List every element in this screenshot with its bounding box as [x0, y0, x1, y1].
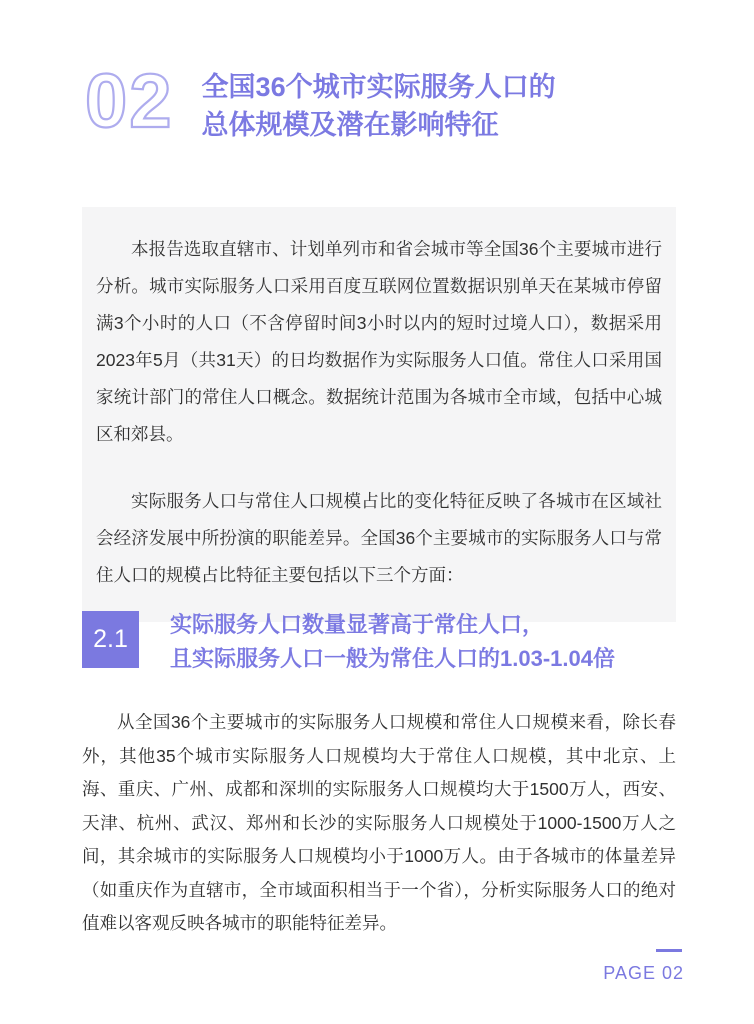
section-body: 从全国36个主要城市的实际服务人口规模和常住人口规模来看，除长春外，其他35个城… [82, 706, 676, 941]
page-number-label: PAGE 02 [603, 963, 684, 984]
chapter-number: 02 [85, 64, 174, 140]
section-title-line1: 实际服务人口数量显著高于常住人口， [170, 608, 615, 642]
chapter-title: 全国36个城市实际服务人口的 总体规模及潜在影响特征 [202, 62, 556, 144]
section-2-1-header: 2.1 实际服务人口数量显著高于常住人口， 且实际服务人口一般为常住人口的1.0… [82, 608, 684, 676]
section-title: 实际服务人口数量显著高于常住人口， 且实际服务人口一般为常住人口的1.03-1.… [170, 608, 615, 676]
chapter-title-line1: 全国36个城市实际服务人口的 [202, 68, 556, 106]
intro-paragraph-1: 本报告选取直辖市、计划单列市和省会城市等全国36个主要城市进行分析。城市实际服务… [96, 231, 662, 453]
section-title-line2: 且实际服务人口一般为常住人口的1.03-1.04倍 [170, 642, 615, 676]
footer-dash-decoration [656, 949, 682, 952]
body-paragraph: 从全国36个主要城市的实际服务人口规模和常住人口规模来看，除长春外，其他35个城… [82, 706, 676, 941]
intro-summary-box: 本报告选取直辖市、计划单列市和省会城市等全国36个主要城市进行分析。城市实际服务… [82, 207, 676, 622]
section-number-badge: 2.1 [82, 611, 139, 668]
chapter-header: 02 全国36个城市实际服务人口的 总体规模及潜在影响特征 [85, 62, 684, 144]
chapter-title-line2: 总体规模及潜在影响特征 [202, 106, 556, 144]
page-footer: PAGE 02 [603, 945, 684, 984]
intro-paragraph-2: 实际服务人口与常住人口规模占比的变化特征反映了各城市在区域社会经济发展中所扮演的… [96, 483, 662, 594]
